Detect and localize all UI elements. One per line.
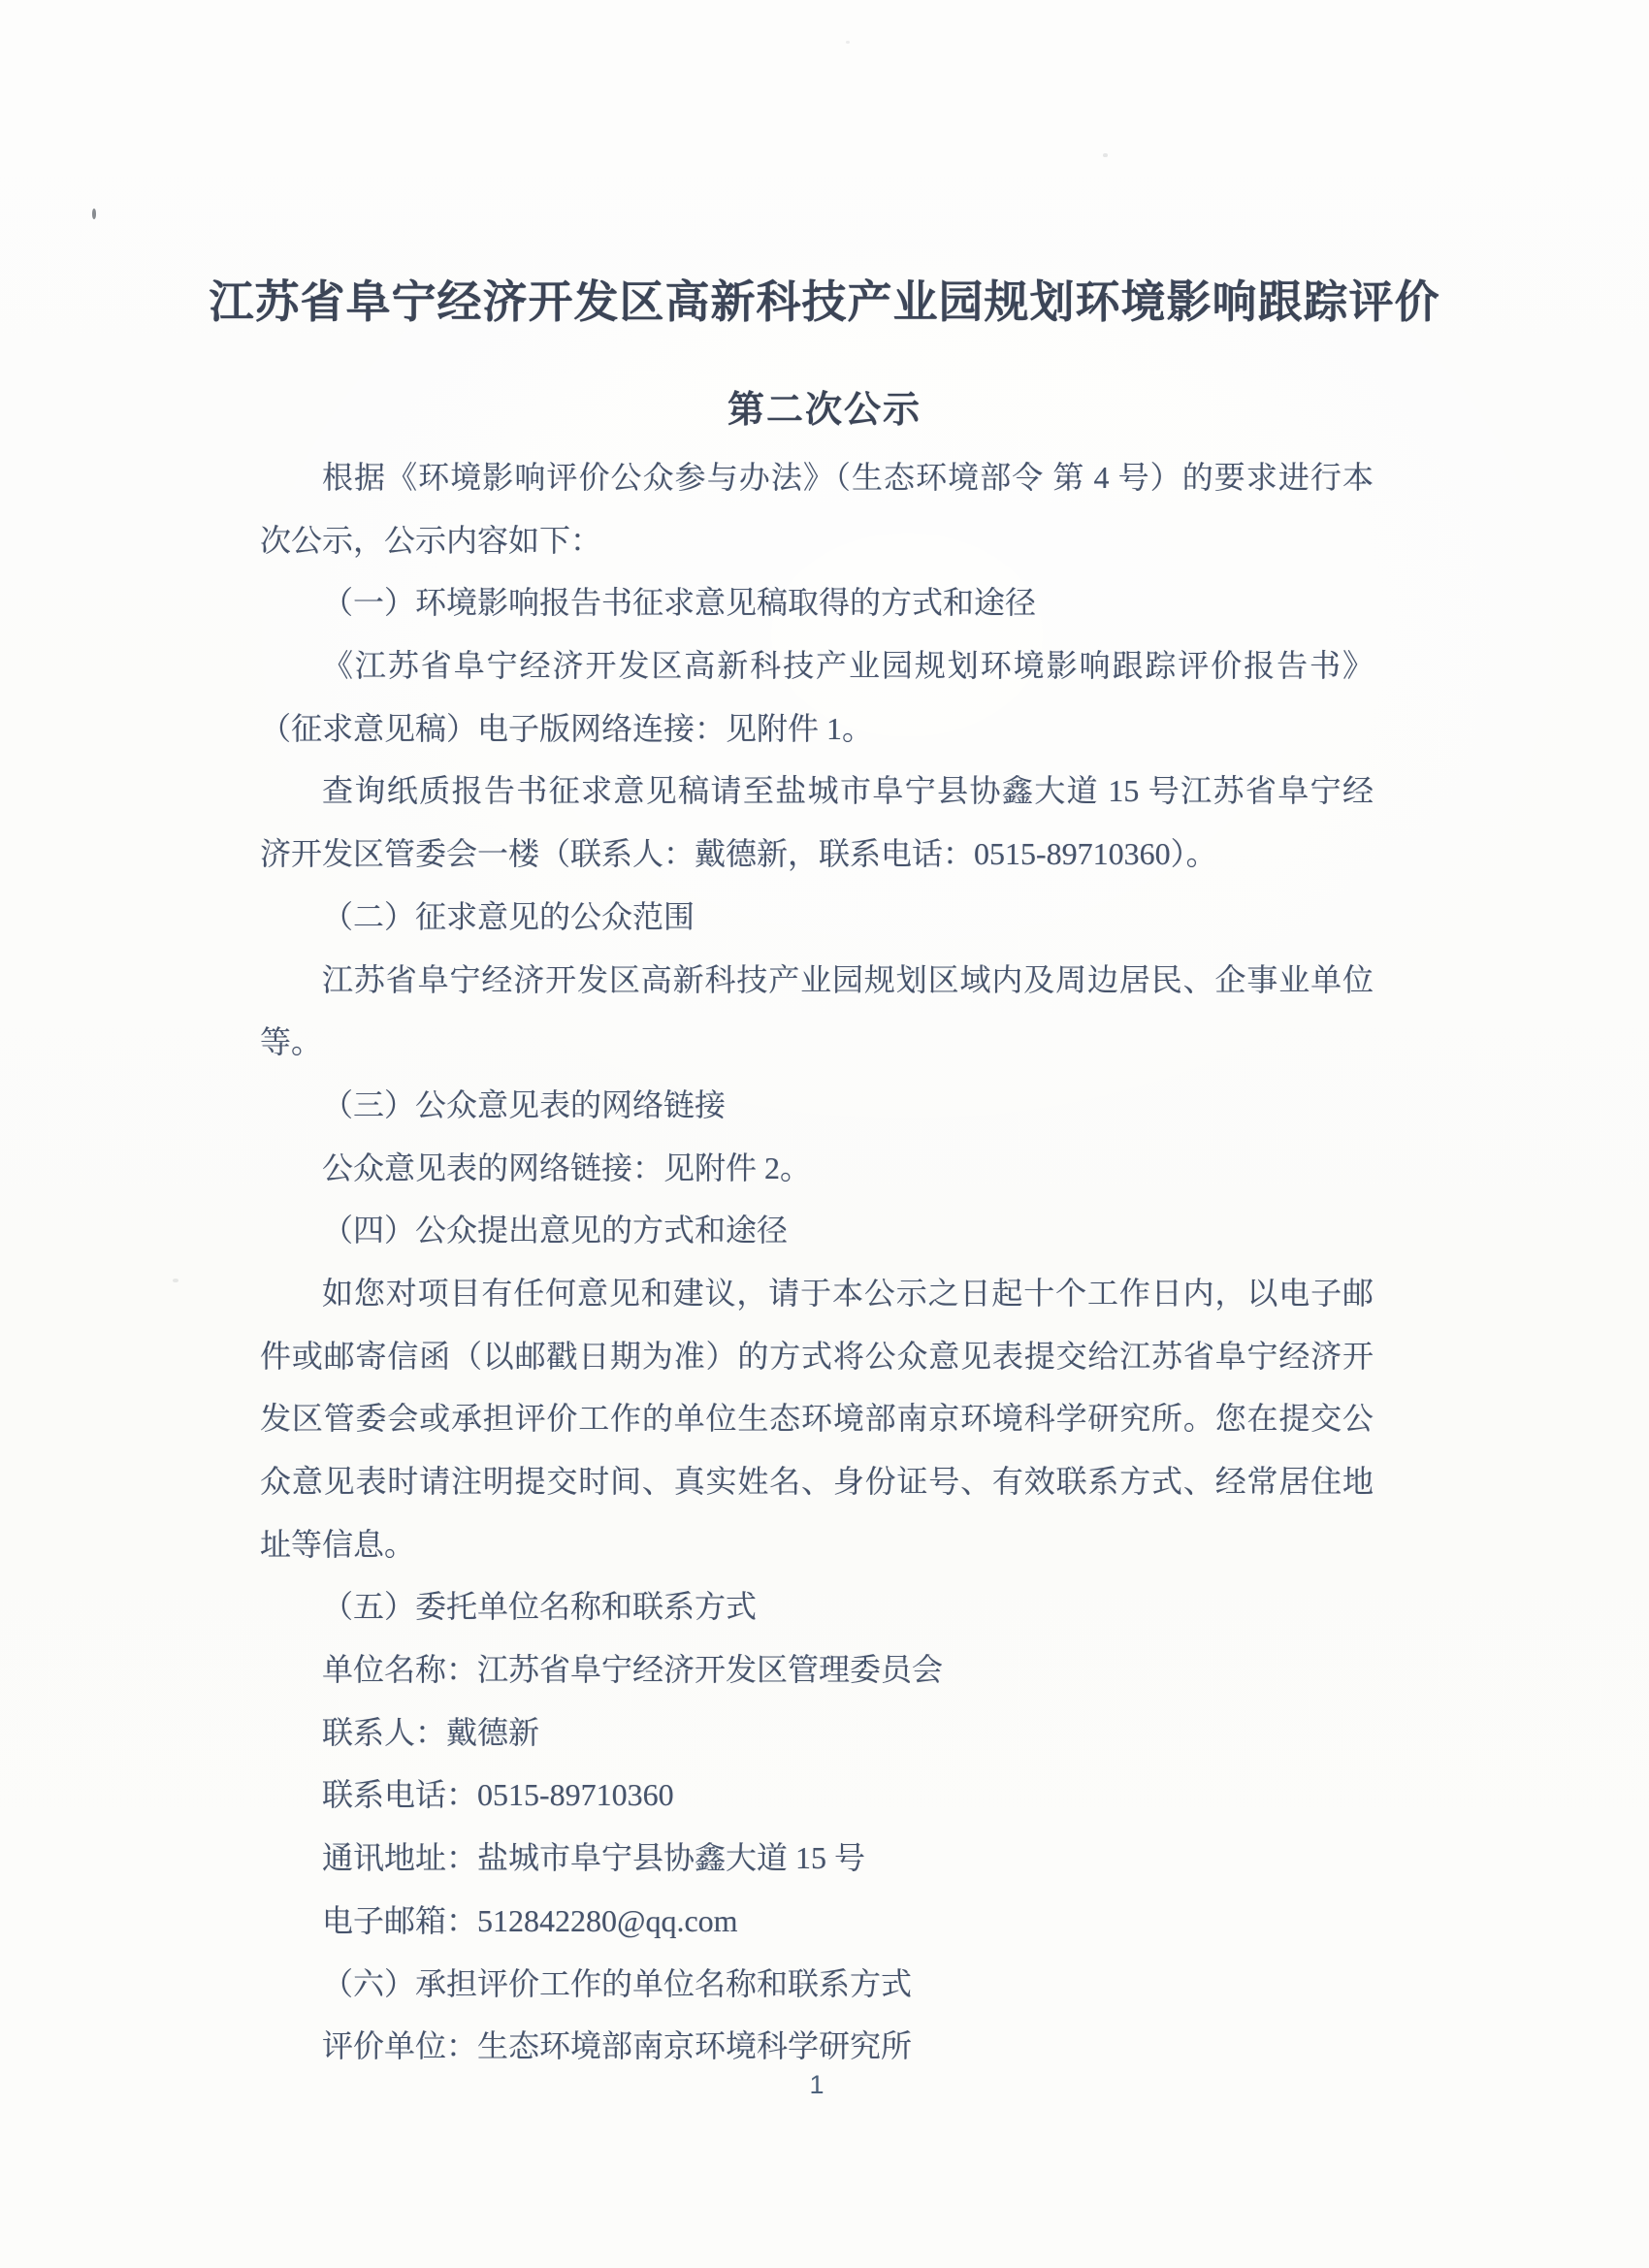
document-body: 根据《环境影响评价公众参与办法》（生态环境部令 第 4 号）的要求进行本次公示，… bbox=[260, 446, 1374, 2078]
body-line: 次公示，公示内容如下： bbox=[260, 509, 1374, 572]
scan-speck bbox=[173, 1279, 178, 1282]
body-line: 查询纸质报告书征求意见稿请至盐城市阜宁县协鑫大道 15 号江苏省阜宁经 bbox=[260, 760, 1374, 823]
body-line: 发区管委会或承担评价工作的单位生态环境部南京环境科学研究所。您在提交公 bbox=[260, 1387, 1374, 1450]
body-line: （征求意见稿）电子版网络连接：见附件 1。 bbox=[260, 697, 1374, 761]
scan-speck bbox=[846, 41, 850, 44]
body-line: 件或邮寄信函（以邮戳日期为准）的方式将公众意见表提交给江苏省阜宁经济开 bbox=[260, 1325, 1374, 1388]
body-line: 联系电话：0515-89710360 bbox=[260, 1764, 1374, 1827]
body-line: 济开发区管委会一楼（联系人：戴德新，联系电话：0515-89710360）。 bbox=[260, 823, 1374, 886]
body-line: 《江苏省阜宁经济开发区高新科技产业园规划环境影响跟踪评价报告书》 bbox=[260, 634, 1374, 697]
body-line: 评价单位：生态环境部南京环境科学研究所 bbox=[260, 2015, 1374, 2078]
body-line: 址等信息。 bbox=[260, 1513, 1374, 1576]
body-line: 联系人：戴德新 bbox=[260, 1701, 1374, 1765]
body-line: （五）委托单位名称和联系方式 bbox=[260, 1575, 1374, 1638]
body-line: （二）征求意见的公众范围 bbox=[260, 886, 1374, 949]
page-number: 1 bbox=[260, 2070, 1374, 2100]
scan-speck bbox=[92, 209, 96, 219]
body-line: （三）公众意见表的网络链接 bbox=[260, 1074, 1374, 1137]
body-line: 公众意见表的网络链接：见附件 2。 bbox=[260, 1137, 1374, 1200]
body-line: 电子邮箱：512842280@qq.com bbox=[260, 1890, 1374, 1953]
scanned-document-page: 江苏省阜宁经济开发区高新科技产业园规划环境影响跟踪评价 第二次公示 根据《环境影… bbox=[0, 0, 1649, 2268]
body-line: 江苏省阜宁经济开发区高新科技产业园规划区域内及周边居民、企事业单位 bbox=[260, 949, 1374, 1012]
body-line: 众意见表时请注明提交时间、真实姓名、身份证号、有效联系方式、经常居住地 bbox=[260, 1450, 1374, 1513]
scan-speck bbox=[1103, 153, 1108, 157]
body-line: 如您对项目有任何意见和建议，请于本公示之日起十个工作日内，以电子邮 bbox=[260, 1262, 1374, 1325]
body-line: 通讯地址：盐城市阜宁县协鑫大道 15 号 bbox=[260, 1827, 1374, 1890]
body-line: （四）公众提出意见的方式和途径 bbox=[260, 1199, 1374, 1262]
body-line: 单位名称：江苏省阜宁经济开发区管理委员会 bbox=[260, 1638, 1374, 1701]
document-subtitle: 第二次公示 bbox=[0, 379, 1649, 433]
body-line: （六）承担评价工作的单位名称和联系方式 bbox=[260, 1953, 1374, 2016]
document-title: 江苏省阜宁经济开发区高新科技产业园规划环境影响跟踪评价 bbox=[97, 267, 1552, 331]
body-line: （一）环境影响报告书征求意见稿取得的方式和途径 bbox=[260, 571, 1374, 634]
body-line: 根据《环境影响评价公众参与办法》（生态环境部令 第 4 号）的要求进行本 bbox=[260, 446, 1374, 509]
body-line: 等。 bbox=[260, 1011, 1374, 1074]
